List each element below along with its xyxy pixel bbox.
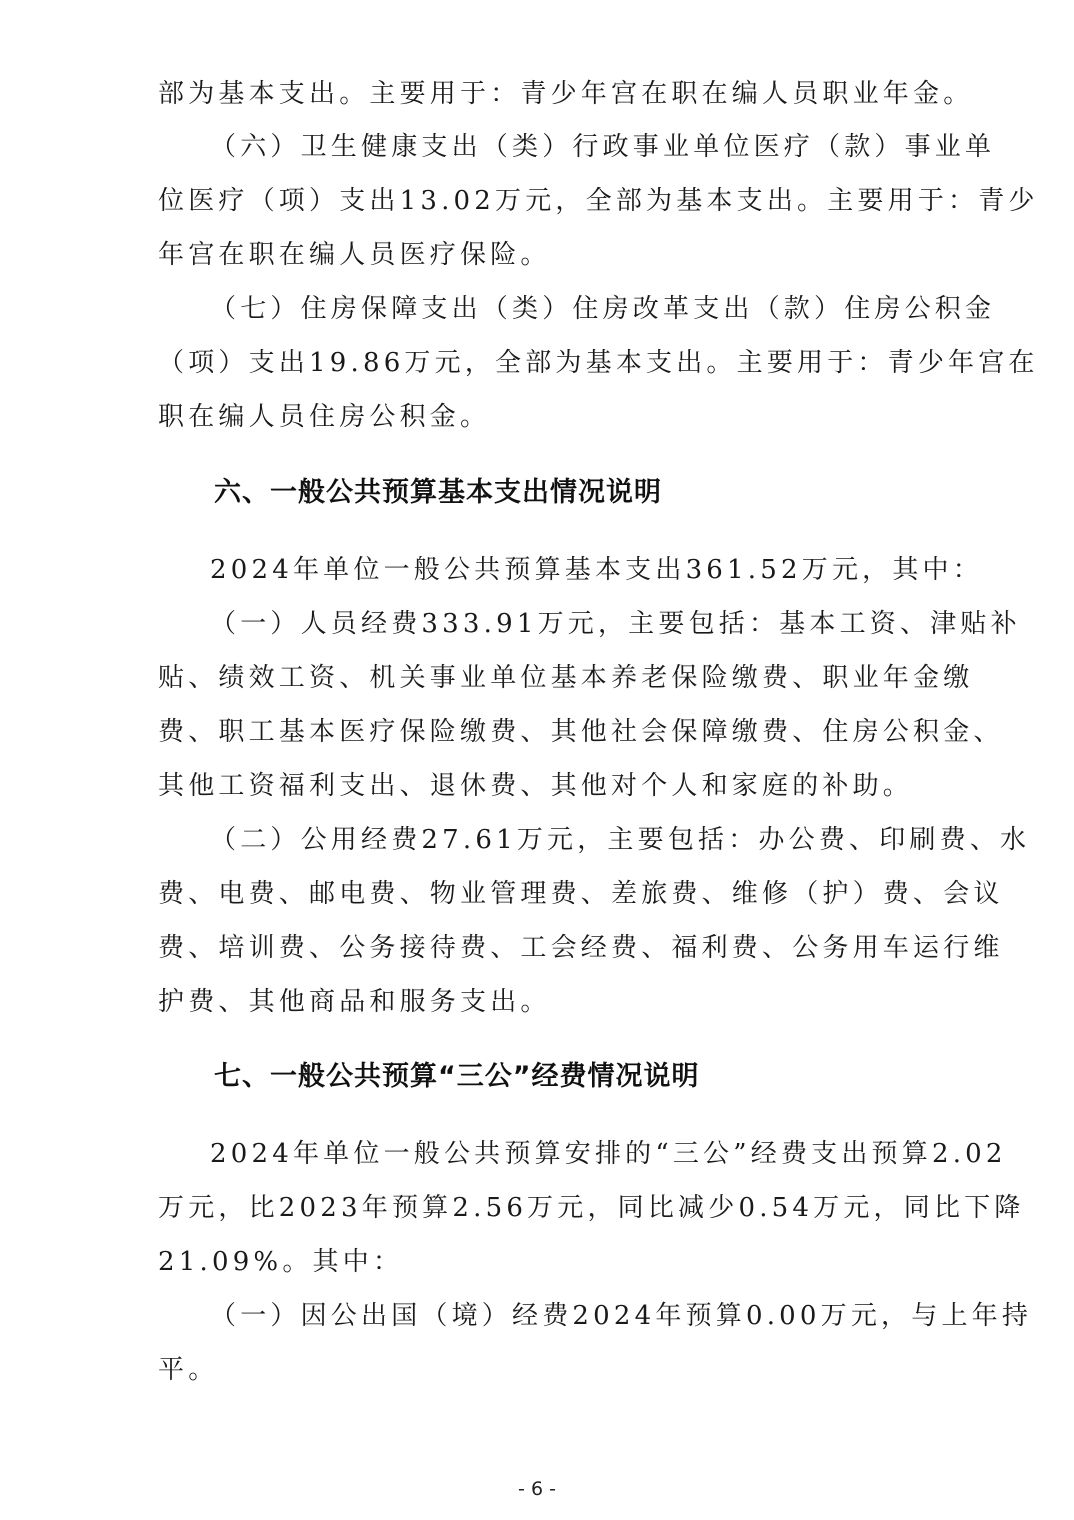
paragraph-line: 2024年单位一般公共预算基本支出361.52万元，其中： bbox=[210, 553, 983, 587]
paragraph-line: 护费、其他商品和服务支出。 bbox=[158, 985, 551, 1019]
section-heading: 七、一般公共预算“三公”经费情况说明 bbox=[214, 1060, 700, 1094]
section-heading: 六、一般公共预算基本支出情况说明 bbox=[214, 476, 662, 510]
paragraph-line: 职在编人员住房公积金。 bbox=[158, 400, 490, 434]
paragraph-line: 2024年单位一般公共预算安排的“三公”经费支出预算2.02 bbox=[210, 1137, 1007, 1171]
paragraph-line: 费、培训费、公务接待费、工会经费、福利费、公务用车运行维 bbox=[158, 931, 1004, 965]
paragraph-line: （一）因公出国（境）经费2024年预算0.00万元，与上年持 bbox=[210, 1299, 1032, 1333]
page-number: - 6 - bbox=[0, 1478, 1074, 1500]
paragraph-line: 平。 bbox=[158, 1353, 218, 1387]
paragraph-line: 年宫在职在编人员医疗保险。 bbox=[158, 238, 551, 272]
paragraph-line: 费、职工基本医疗保险缴费、其他社会保障缴费、住房公积金、 bbox=[158, 715, 1004, 749]
paragraph-line: （六）卫生健康支出（类）行政事业单位医疗（款）事业单 bbox=[210, 130, 995, 164]
paragraph-line: 费、电费、邮电费、物业管理费、差旅费、维修（护）费、会议 bbox=[158, 877, 1004, 911]
paragraph-line: 其他工资福利支出、退休费、其他对个人和家庭的补助。 bbox=[158, 769, 913, 803]
paragraph-line: （七）住房保障支出（类）住房改革支出（款）住房公积金 bbox=[210, 292, 995, 326]
paragraph-line: （项）支出19.86万元，全部为基本支出。主要用于：青少年宫在 bbox=[158, 346, 1039, 380]
paragraph-line: 部为基本支出。主要用于：青少年宫在职在编人员职业年金。 bbox=[158, 77, 973, 111]
paragraph-line: （一）人员经费333.91万元，主要包括：基本工资、津贴补 bbox=[210, 607, 1021, 641]
paragraph-line: 21.09%。其中： bbox=[158, 1245, 403, 1279]
paragraph-line: 贴、绩效工资、机关事业单位基本养老保险缴费、职业年金缴 bbox=[158, 661, 973, 695]
paragraph-line: （二）公用经费27.61万元，主要包括：办公费、印刷费、水 bbox=[210, 823, 1030, 857]
paragraph-line: 万元，比2023年预算2.56万元，同比减少0.54万元，同比下降 bbox=[158, 1191, 1025, 1225]
paragraph-line: 位医疗（项）支出13.02万元，全部为基本支出。主要用于：青少 bbox=[158, 184, 1039, 218]
